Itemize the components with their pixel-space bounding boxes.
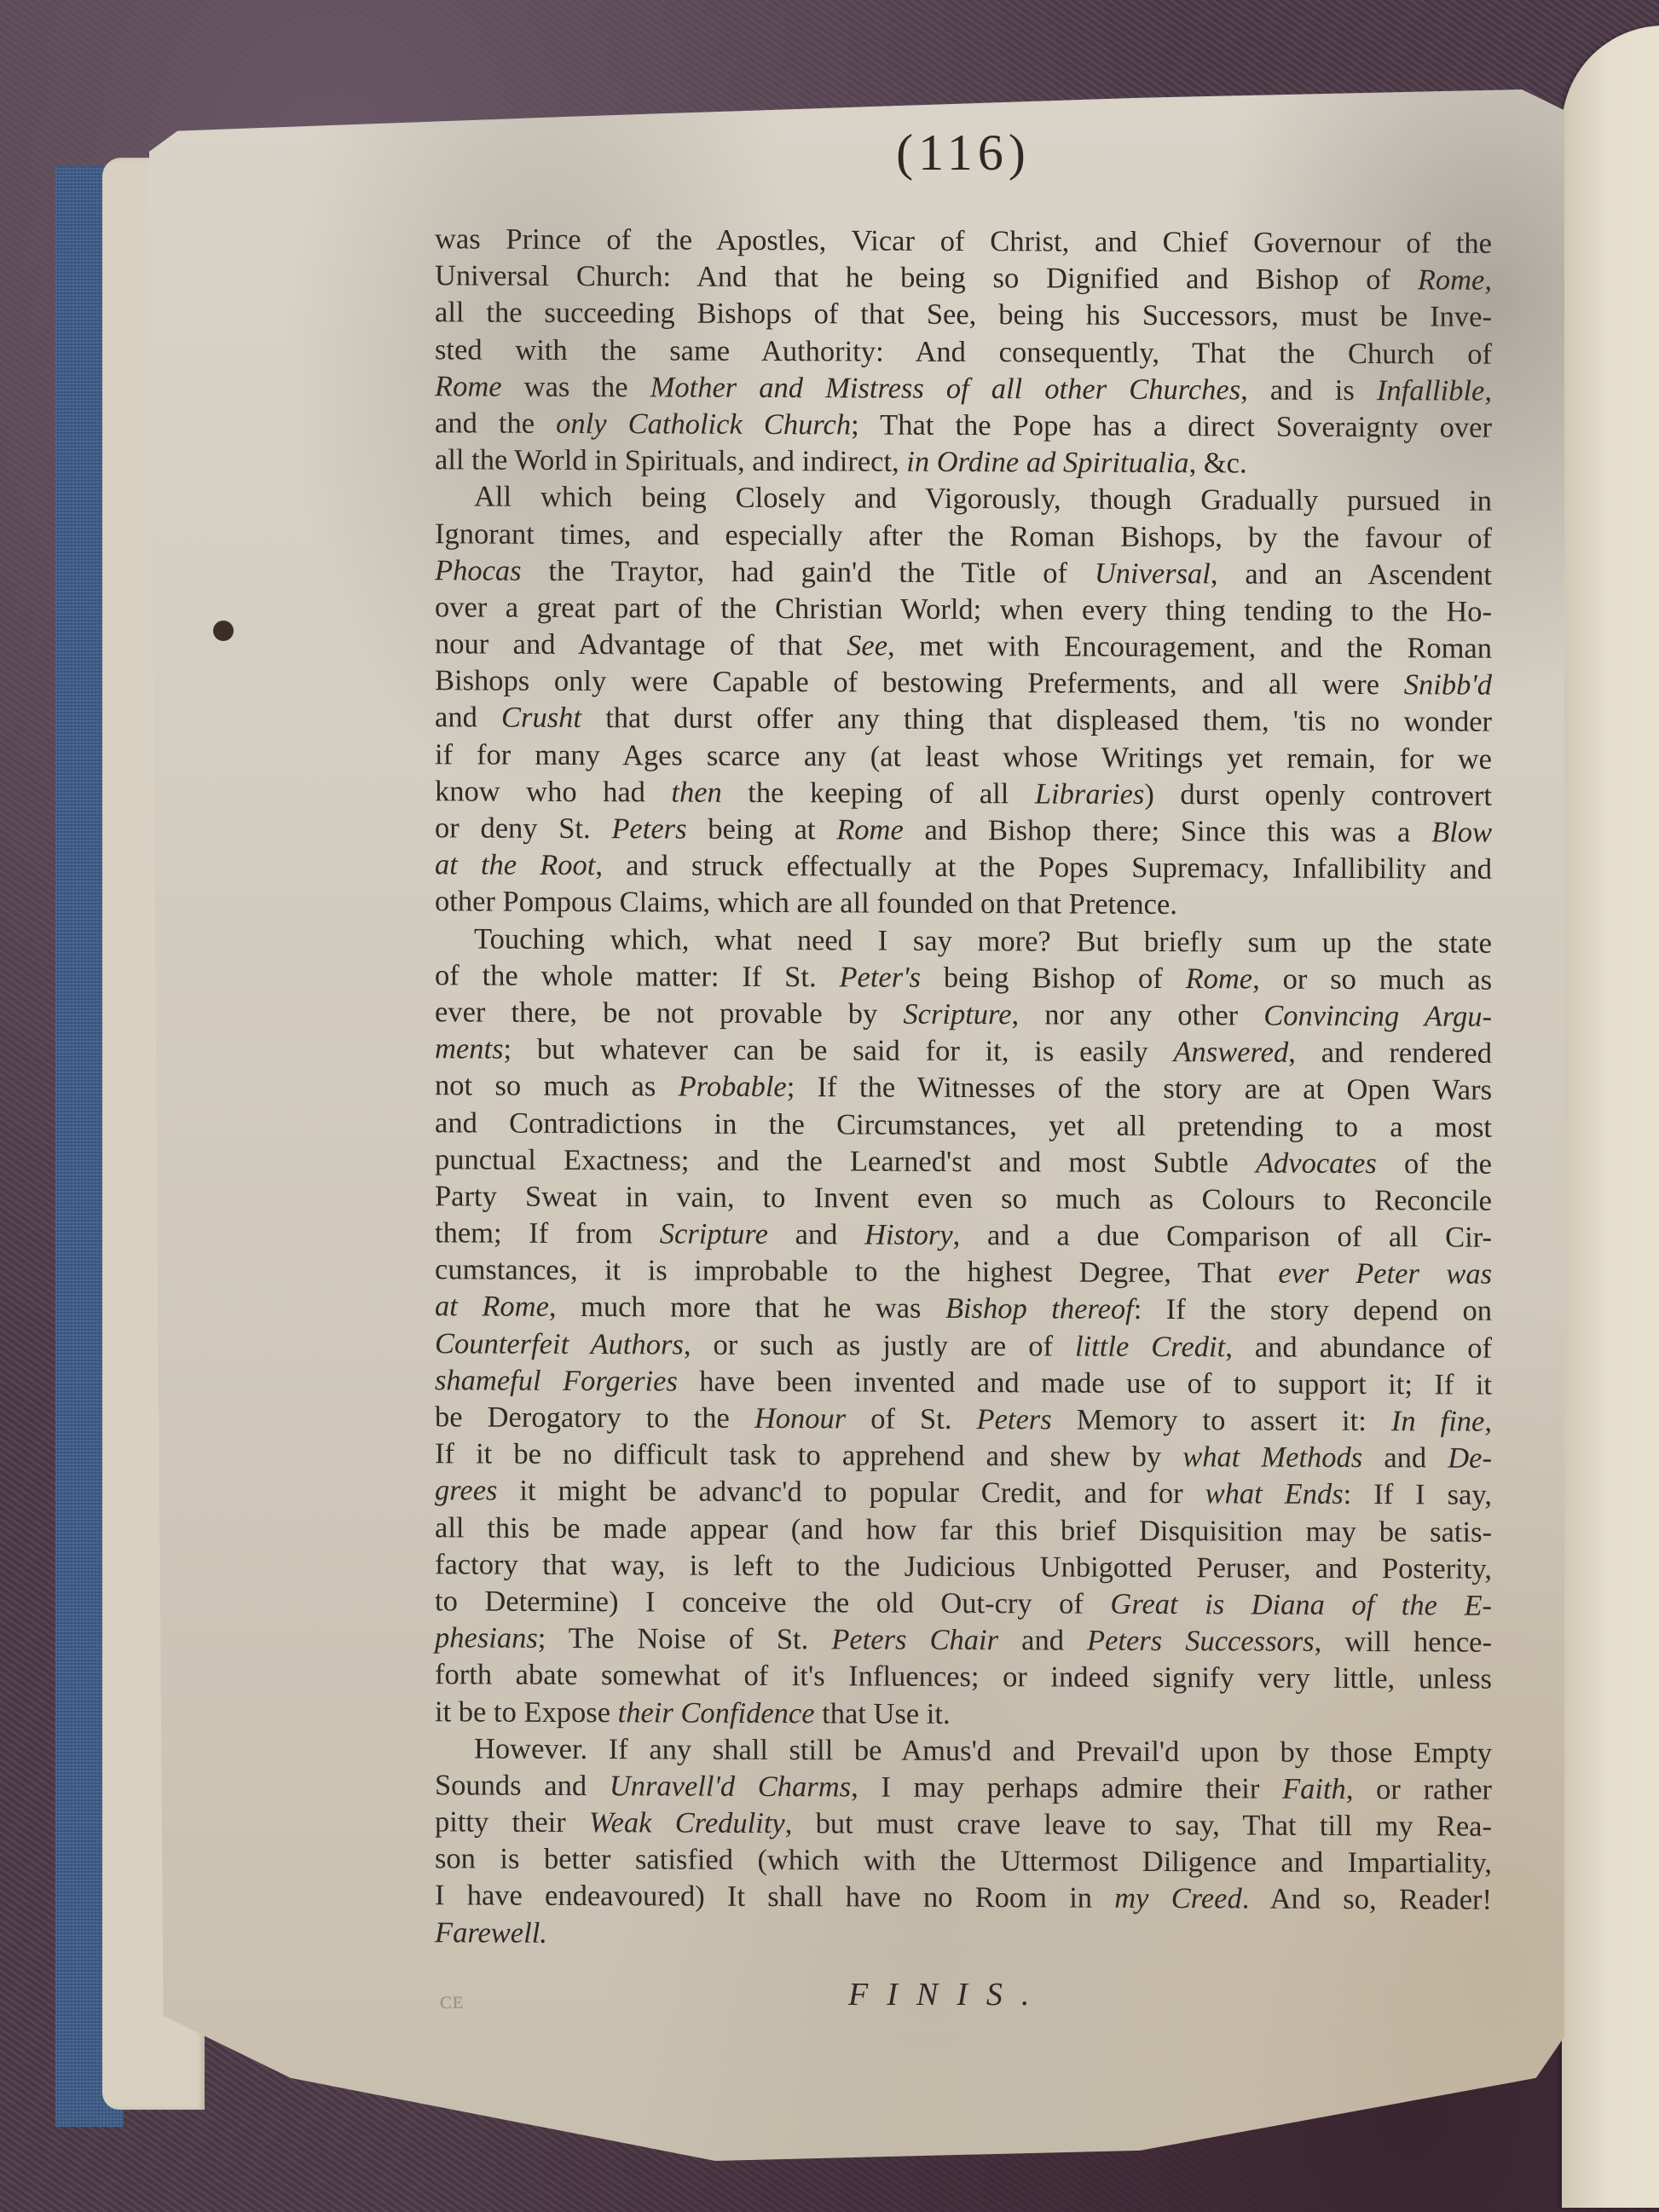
text-run: , and is <box>1240 373 1377 407</box>
text-line: or deny St. Peters being at Rome and Bis… <box>435 810 1492 852</box>
text-run: , and a due Comparison of all Cir- <box>953 1219 1492 1254</box>
text-run: Memory to assert it: <box>1052 1403 1391 1437</box>
italic-run: Libraries <box>1035 777 1144 811</box>
text-run: and <box>1362 1441 1448 1474</box>
text-run: ) durst openly controvert <box>1144 778 1492 812</box>
body-text: was Prince of the Apostles, Vicar of Chr… <box>435 221 1492 1955</box>
text-run: or deny St. <box>435 811 611 845</box>
italic-run: Rome, <box>1418 264 1492 297</box>
italic-run: Peters <box>977 1403 1052 1435</box>
finis-heading: FINIS. <box>848 1976 1048 2013</box>
text-run: know who had <box>435 775 671 808</box>
text-run: if for many Ages scarce any (at least wh… <box>435 738 1492 775</box>
italic-run: ever Peter was <box>1278 1257 1492 1291</box>
italic-run: Counterfeit Authors <box>435 1327 684 1360</box>
text-run: have been invented and made use of to su… <box>678 1365 1492 1401</box>
text-run: of the whole matter: If St. <box>435 959 839 993</box>
text-line: phesians; The Noise of St. Peters Chair … <box>435 1620 1492 1661</box>
text-run: it might be advanc'd to popular Credit, … <box>497 1475 1205 1510</box>
text-run: that Use it. <box>815 1697 951 1730</box>
text-run: Bishops only were Capable of bestowing P… <box>435 665 1404 702</box>
facing-page <box>1562 26 1659 2208</box>
text-line: and Contradictions in the Circumstances,… <box>435 1105 1492 1146</box>
text-run: was the <box>502 370 650 403</box>
italic-run: Rome <box>435 370 502 402</box>
text-run: sted with the same Authority: And conseq… <box>435 333 1492 370</box>
italic-run: what Methods <box>1182 1441 1362 1474</box>
italic-run: Peter's <box>839 961 921 993</box>
text-run: , or so much as <box>1252 962 1492 996</box>
text-line: Party Sweat in vain, to Invent even so m… <box>435 1178 1492 1220</box>
text-run: ; but whatever can be said for it, is ea… <box>504 1033 1174 1068</box>
text-line: Counterfeit Authors, or such as justly a… <box>435 1325 1492 1367</box>
italic-run: Scripture <box>903 998 1011 1031</box>
text-line: ever there, be not provable by Scripture… <box>435 994 1492 1036</box>
text-line: at the Root, and struck effectually at t… <box>435 846 1492 888</box>
text-line: forth abate somewhat of it's Influences;… <box>435 1657 1492 1699</box>
text-run: , I may perhaps admire their <box>851 1770 1282 1805</box>
text-line: cumstances, it is improbable to the high… <box>435 1252 1492 1294</box>
text-run: ; The Noise of St. <box>538 1622 832 1656</box>
italic-run: what Ends <box>1205 1478 1344 1511</box>
text-line: pitty their Weak Credulity, but must cra… <box>435 1804 1492 1845</box>
text-line: Touching which, what need I say more? Bu… <box>435 921 1492 962</box>
text-run: Universal Church: And that he being so D… <box>435 259 1418 296</box>
text-line: Ignorant times, and especially after the… <box>435 516 1492 557</box>
italic-run: Phocas <box>435 554 522 586</box>
text-line: Sounds and Unravell'd Charms, I may perh… <box>435 1767 1492 1809</box>
italic-run: ments <box>435 1032 504 1065</box>
text-line: grees it might be advanc'd to popular Cr… <box>435 1473 1492 1515</box>
text-run: other Pompous Claims, which are all foun… <box>435 886 1177 921</box>
text-run: nour and Advantage of that <box>435 627 847 661</box>
text-run: over a great part of the Christian World… <box>435 591 1492 627</box>
text-run: , &c. <box>1189 447 1247 479</box>
text-run: , will hence- <box>1315 1626 1492 1659</box>
italic-run: shameful Forgeries <box>435 1364 678 1397</box>
text-run: all the World in Spirituals, and indirec… <box>435 443 906 477</box>
italic-run: Mother and Mistress of all other Churche… <box>650 371 1241 406</box>
text-run: cumstances, it is improbable to the high… <box>435 1254 1278 1290</box>
italic-run: at the Root <box>435 848 595 881</box>
italic-run: Great is Diana of the E- <box>1110 1588 1492 1622</box>
text-run: was Prince of the Apostles, Vicar of Chr… <box>435 222 1492 259</box>
italic-run: Unravell'd Charms <box>610 1770 851 1803</box>
text-line: and Crusht that durst offer any thing th… <box>435 700 1492 742</box>
text-run: , nor any other <box>1012 998 1264 1031</box>
text-run: : If I say, <box>1344 1478 1492 1511</box>
italic-run: little Credit <box>1075 1330 1225 1363</box>
italic-run: Infallible, <box>1377 374 1492 407</box>
italic-run: Farewell. <box>435 1916 547 1949</box>
text-line: Bishops only were Capable of bestowing P… <box>435 663 1492 705</box>
text-line: all the World in Spirituals, and indirec… <box>435 442 1492 483</box>
text-run: , but must crave leave to say, That till… <box>785 1807 1492 1843</box>
text-run: ; If the Witnesses of the story are at O… <box>787 1071 1492 1106</box>
text-run: not so much as <box>435 1070 679 1103</box>
text-run: forth abate somewhat of it's Influences;… <box>435 1659 1492 1695</box>
italic-run: History <box>864 1219 953 1251</box>
italic-run: phesians <box>435 1621 538 1655</box>
text-run: and <box>768 1218 864 1250</box>
text-run: to Determine) I conceive the old Out-cry… <box>435 1585 1110 1620</box>
text-line: it be to Expose their Confidence that Us… <box>435 1694 1492 1736</box>
text-run: If it be no difficult task to apprehend … <box>435 1437 1182 1473</box>
text-run: it be to Expose <box>435 1695 618 1729</box>
text-line: shameful Forgeries have been invented an… <box>435 1362 1492 1404</box>
text-run: Ignorant times, and especially after the… <box>435 517 1492 554</box>
text-run: . And so, Reader! <box>1242 1883 1492 1916</box>
text-run: ever there, be not provable by <box>435 996 903 1030</box>
text-line: other Pompous Claims, which are all foun… <box>435 884 1492 926</box>
italic-run: at Rome <box>435 1291 549 1324</box>
text-run: , and rendered <box>1288 1037 1492 1070</box>
text-run: being Bishop of <box>921 962 1186 995</box>
text-run: , much more that he was <box>549 1291 945 1325</box>
text-line: Rome was the Mother and Mistress of all … <box>435 368 1492 410</box>
italic-run: Peters <box>611 812 686 845</box>
text-run: being at <box>687 813 837 846</box>
italic-run: Rome <box>1186 962 1253 995</box>
text-run: factory that way, is left to the Judicio… <box>435 1548 1492 1585</box>
text-run: son is better satisfied (which with the … <box>435 1843 1492 1880</box>
text-run: pitty their <box>435 1805 589 1839</box>
text-run: the keeping of all <box>722 777 1035 811</box>
text-run: and <box>435 702 501 734</box>
text-run: of the <box>1377 1147 1492 1181</box>
italic-run: Crusht <box>501 702 581 734</box>
text-line: factory that way, is left to the Judicio… <box>435 1546 1492 1588</box>
text-line: over a great part of the Christian World… <box>435 589 1492 631</box>
text-run: and <box>998 1624 1087 1656</box>
text-line: Phocas the Traytor, had gain'd the Title… <box>435 552 1492 594</box>
text-run: , met with Encouragement, and the Roman <box>887 630 1492 665</box>
italic-run: De- <box>1448 1442 1492 1475</box>
text-line: of the whole matter: If St. Peter's bein… <box>435 957 1492 999</box>
text-line: to Determine) I conceive the old Out-cry… <box>435 1583 1492 1625</box>
text-run: and Contradictions in the Circumstances,… <box>435 1106 1492 1143</box>
text-run: them; If from <box>435 1216 660 1250</box>
italic-run: Rome <box>836 813 904 846</box>
text-run: that durst offer any thing that displeas… <box>581 702 1492 738</box>
text-line: and the only Catholick Church; That the … <box>435 405 1492 447</box>
text-run: Party Sweat in vain, to Invent even so m… <box>435 1180 1492 1216</box>
text-line: all this be made appear (and how far thi… <box>435 1510 1492 1551</box>
italic-run: Honour <box>754 1402 846 1435</box>
text-line: punctual Exactness; and the Learned'st a… <box>435 1141 1492 1183</box>
text-line: at Rome, much more that he was Bishop th… <box>435 1289 1492 1331</box>
text-line: all the succeeding Bishops of that See, … <box>435 295 1492 337</box>
italic-run: Weak Credulity <box>589 1806 785 1839</box>
text-run: , and an Ascendent <box>1211 557 1492 591</box>
italic-run: See <box>847 629 887 661</box>
text-run: I have endeavoured) It shall have no Roo… <box>435 1880 1114 1915</box>
text-run: , or rather <box>1346 1773 1492 1806</box>
italic-run: Advocates <box>1256 1146 1377 1180</box>
text-line: them; If from Scripture and History, and… <box>435 1215 1492 1256</box>
italic-run: Faith <box>1282 1773 1346 1805</box>
text-line: son is better satisfied (which with the … <box>435 1841 1492 1883</box>
italic-run: grees <box>435 1475 497 1507</box>
text-run: , and abundance of <box>1225 1331 1492 1364</box>
italic-run: my Creed <box>1114 1882 1241 1915</box>
text-line: was Prince of the Apostles, Vicar of Chr… <box>435 221 1492 263</box>
text-run: and Bishop there; Since this was a <box>904 814 1431 849</box>
text-run: of St. <box>846 1402 976 1435</box>
text-line: nour and Advantage of that See, met with… <box>435 626 1492 667</box>
italic-run: their Confidence <box>618 1696 815 1730</box>
italic-run: in Ordine ad Spiritualia <box>906 446 1188 479</box>
text-run: the Traytor, had gain'd the Title of <box>522 554 1095 589</box>
page-number: (116) <box>878 124 1049 182</box>
text-run: However. If any shall still be Amus'd an… <box>474 1732 1492 1769</box>
italic-run: Blow <box>1431 816 1492 848</box>
text-line: if for many Ages scarce any (at least wh… <box>435 736 1492 778</box>
italic-run: Probable <box>679 1071 787 1104</box>
text-run: , and struck effectually at the Popes Su… <box>595 849 1492 886</box>
text-run: All which being Closely and Vigorously, … <box>474 481 1492 517</box>
page-hole <box>213 621 234 641</box>
text-line: All which being Closely and Vigorously, … <box>435 479 1492 521</box>
text-run: punctual Exactness; and the Learned'st a… <box>435 1143 1256 1179</box>
text-line: If it be no difficult task to apprehend … <box>435 1435 1492 1477</box>
text-run: ; That the Pope has a direct Soveraignty… <box>851 408 1492 443</box>
text-line: Universal Church: And that he being so D… <box>435 257 1492 299</box>
text-run: Touching which, what need I say more? Bu… <box>474 922 1492 959</box>
text-run: all the succeeding Bishops of that See, … <box>435 297 1492 333</box>
text-line: sted with the same Authority: And conseq… <box>435 332 1492 373</box>
catchword: ᴄᴇ <box>440 1986 464 2015</box>
text-run: , or such as justly are of <box>684 1328 1075 1362</box>
text-line: Farewell. <box>435 1915 1492 1956</box>
text-line: know who had then the keeping of all Lib… <box>435 773 1492 815</box>
italic-run: Peters Successors <box>1087 1625 1315 1658</box>
text-line: not so much as Probable; If the Witnesse… <box>435 1068 1492 1110</box>
text-line: However. If any shall still be Amus'd an… <box>435 1730 1492 1772</box>
italic-run: Scripture <box>660 1218 768 1251</box>
text-run: be Derogatory to the <box>435 1401 754 1435</box>
italic-run: Bishop thereof <box>945 1292 1134 1325</box>
text-line: ments; but whatever can be said for it, … <box>435 1031 1492 1072</box>
text-line: I have endeavoured) It shall have no Roo… <box>435 1878 1492 1920</box>
text-line: be Derogatory to the Honour of St. Peter… <box>435 1399 1492 1441</box>
italic-run: only Catholick Church <box>556 407 851 442</box>
text-run: and the <box>435 407 556 440</box>
italic-run: In fine, <box>1391 1405 1492 1438</box>
text-run: all this be made appear (and how far thi… <box>435 1511 1492 1548</box>
text-run: : If the story depend on <box>1134 1293 1492 1327</box>
text-run: Sounds and <box>435 1769 610 1802</box>
italic-run: Snibb'd <box>1404 669 1492 702</box>
italic-run: Convincing Argu- <box>1263 999 1492 1032</box>
italic-run: Peters Chair <box>831 1623 998 1656</box>
italic-run: then <box>671 776 721 808</box>
italic-run: Universal <box>1095 557 1211 590</box>
italic-run: Answered <box>1173 1036 1288 1069</box>
